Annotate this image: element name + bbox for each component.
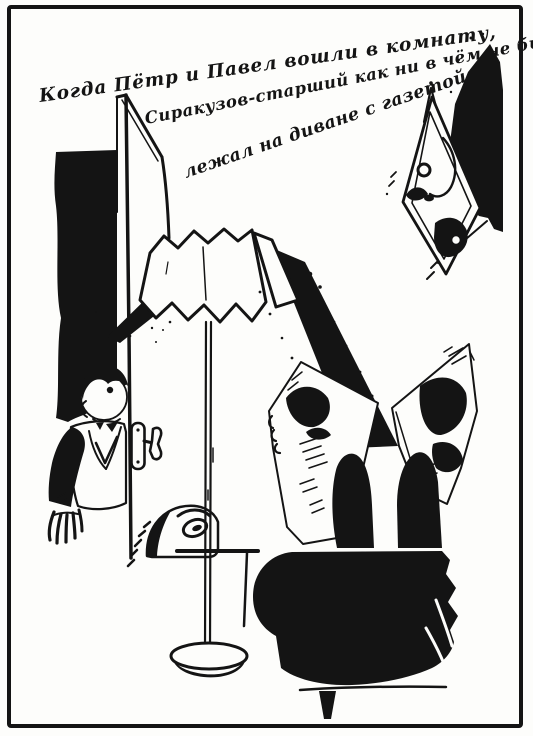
book-illustration-page: Когда Пётр и Павел вошли в комнату, Сира…	[0, 0, 533, 736]
dash-stroke	[139, 531, 145, 536]
frame-shadow-ticks	[427, 261, 438, 279]
boy-eye	[107, 387, 113, 393]
ink-speckle	[386, 193, 388, 195]
sofa-bottom-rail	[300, 687, 446, 690]
ink-speckle	[333, 321, 336, 324]
boy-hand-fingers	[49, 510, 82, 543]
lamp-pole-line	[210, 322, 211, 650]
picture-nail	[429, 81, 433, 85]
ink-speckle	[320, 298, 323, 301]
ink-speckle	[458, 59, 460, 61]
finger-stroke	[57, 514, 61, 543]
sofa-leg	[319, 691, 336, 719]
ink-speckle	[129, 335, 132, 338]
lamp-base	[171, 643, 247, 669]
illustration-canvas: Когда Пётр и Павел вошли в комнату, Сира…	[0, 0, 533, 736]
ink-speckle	[281, 337, 284, 340]
ink-speckle	[318, 285, 322, 289]
lamp-pole-line	[205, 322, 206, 650]
sofa	[253, 551, 458, 719]
ink-speckle	[269, 313, 272, 316]
ink-speckle	[95, 311, 97, 313]
door-right-stile	[162, 157, 169, 238]
ink-speckle	[345, 345, 348, 348]
left-foot	[332, 454, 374, 548]
dash-stroke	[128, 560, 134, 566]
table-leg	[244, 553, 247, 626]
ink-speckle	[359, 371, 362, 374]
ink-speckle	[151, 327, 153, 329]
finger-stroke	[79, 510, 82, 531]
raised-feet	[332, 452, 442, 548]
finger-stroke	[66, 515, 67, 542]
ink-speckle	[291, 357, 294, 360]
finger-stroke	[73, 513, 75, 538]
escutcheon-screw	[136, 460, 139, 463]
portrait-eye	[418, 164, 430, 176]
dash-stroke	[144, 522, 150, 527]
ink-speckle	[371, 395, 374, 398]
door-key	[132, 423, 162, 469]
portrait-ring-detail	[451, 235, 461, 245]
key-bow	[150, 428, 161, 459]
ink-speckle	[87, 339, 89, 341]
ink-speckle	[482, 33, 484, 35]
ink-speckle	[139, 319, 142, 322]
tick-marks	[389, 172, 396, 186]
lampshade	[140, 229, 266, 322]
escutcheon-screw	[136, 428, 139, 431]
dash-stroke	[135, 540, 141, 546]
ink-speckle	[308, 272, 313, 277]
ink-speckle	[169, 321, 172, 324]
side-table	[177, 551, 258, 626]
ink-speckle	[162, 329, 164, 331]
lamp-pole-and-base	[171, 322, 247, 677]
frame-side-ticks	[386, 172, 396, 195]
ink-speckle	[155, 341, 157, 343]
ink-speckle	[259, 291, 262, 294]
ink-speckle	[78, 344, 80, 346]
sofa-body	[253, 551, 458, 685]
ink-speckle	[450, 91, 452, 93]
ink-speckle	[470, 37, 473, 40]
ink-speckle	[97, 329, 100, 332]
